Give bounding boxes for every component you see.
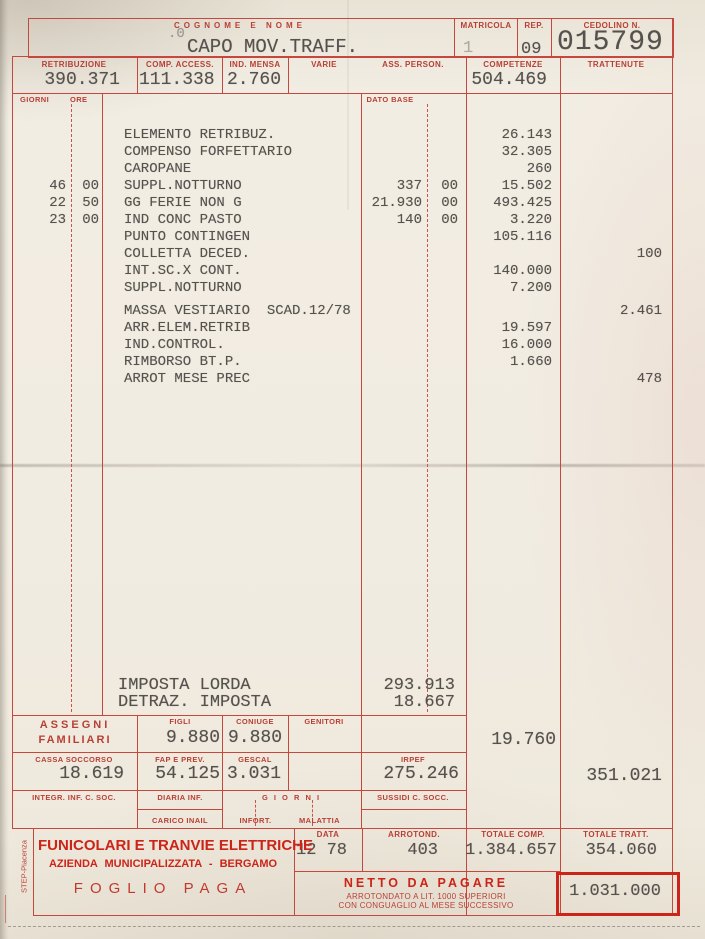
bottom-perforation-line: [8, 926, 700, 927]
bottom-grid-line: [222, 715, 223, 828]
row-description: ARR.ELEM.RETRIB: [124, 320, 250, 336]
netto-amount-value: 1.031.000: [558, 882, 672, 901]
row-competenze: 32.305: [455, 144, 552, 160]
row-competenze: 260: [455, 161, 552, 177]
irpef-value: 275.246: [345, 764, 459, 784]
row-description: RIMBORSO BT.P.: [124, 354, 242, 370]
pay-item-row: ELEMENTO RETRIBUZ. 26.143: [0, 127, 705, 144]
bottom-grid-line: [288, 715, 289, 790]
row-description: COLLETTA DECED.: [124, 246, 250, 262]
detraz-imposta-desc: DETRAZ. IMPOSTA: [118, 693, 271, 712]
row-description: ELEMENTO RETRIBUZ.: [124, 127, 275, 143]
pay-item-row: SUPPL.NOTTURNO 7.200: [0, 280, 705, 297]
ind-mensa-label: IND. MENSA: [224, 60, 286, 69]
retribuzione-label: RETRIBUZIONE: [14, 60, 134, 69]
fap-label: FAP E PREV.: [139, 755, 221, 764]
infort-label: INFORT.: [228, 816, 283, 825]
row-competenze: 15.502: [455, 178, 552, 194]
faded-typed-mark: .0: [168, 26, 185, 42]
footer-top-line: [12, 828, 672, 829]
row-competenze: 19.597: [455, 320, 552, 336]
irpef-label: IRPEF: [363, 755, 463, 764]
document-type: FOGLIO PAGA: [38, 880, 288, 897]
row-competenze: 140.000: [455, 263, 552, 279]
coniuge-value: 9.880: [228, 728, 282, 748]
row-description: PUNTO CONTINGEN: [124, 229, 250, 245]
pay-item-row: INT.SC.X CONT. 140.000: [0, 263, 705, 280]
row-giorni: 22: [14, 195, 66, 211]
figli-value: 9.880: [130, 728, 220, 748]
cognome-label: COGNOME E NOME: [130, 21, 350, 30]
row-description: GG FERIE NON G: [124, 195, 242, 211]
rep-label: REP.: [518, 21, 550, 30]
comp-access-label: COMP. ACCESS.: [139, 60, 221, 69]
pay-item-row: RIMBORSO BT.P. 1.660: [0, 354, 705, 371]
row-competenze: 493.425: [455, 195, 552, 211]
row-description: INT.SC.X CONT.: [124, 263, 242, 279]
data-cell-divider: [362, 828, 363, 871]
pay-item-row: IND.CONTROL. 16.000: [0, 337, 705, 354]
genitori-label: GENITORI: [290, 717, 358, 726]
row-trattenute: 478: [560, 371, 662, 387]
row-description: SUPPL.NOTTURNO: [124, 280, 242, 296]
company-subtitle: AZIENDA MUNICIPALIZZATA - BERGAMO: [38, 858, 288, 870]
assegni-top-line: [12, 715, 466, 716]
row-ore: 00: [70, 178, 99, 194]
printer-mark: STEP-Piacenza: [20, 819, 29, 915]
matricola-label: MATRICOLA: [456, 21, 516, 30]
row-ore: 50: [70, 195, 99, 211]
header-divider: [551, 18, 552, 56]
detraz-imposta-value: 18.667: [330, 693, 455, 712]
contrib-trattenute-value: 351.021: [560, 766, 662, 786]
cedolino-number: 015799: [557, 27, 664, 58]
assegni-competenze-value: 19.760: [460, 730, 556, 750]
competenze-value: 504.469: [455, 70, 547, 90]
competenze-label: COMPETENZE: [468, 60, 558, 69]
row-competenze: 1.660: [455, 354, 552, 370]
pay-item-row: 22 50 GG FERIE NON G 21.930 00 493.425: [0, 195, 705, 212]
figli-label: FIGLI: [139, 717, 221, 726]
assegni-title-1: ASSEGNI: [20, 719, 130, 731]
dato-base-label: DATO BASE: [355, 95, 425, 104]
row-competenze: 7.200: [455, 280, 552, 296]
summary-divider: [222, 56, 223, 93]
summary-divider: [137, 56, 138, 93]
totale-comp-value: 1.384.657: [463, 841, 557, 860]
row-trattenute: 100: [560, 246, 662, 262]
row-description: IND CONC PASTO: [124, 212, 242, 228]
pay-item-row: ARR.ELEM.RETRIB 19.597: [0, 320, 705, 337]
pay-item-row: PUNTO CONTINGEN 105.116: [0, 229, 705, 246]
ind-mensa-value: 2.760: [227, 70, 281, 90]
row-competenze: 3.220: [455, 212, 552, 228]
row-competenze: 105.116: [455, 229, 552, 245]
row-description: MASSA VESTIARIO SCAD.12/78: [124, 303, 351, 319]
netto-note-2: CON CONGUAGLIO AL MESE SUCCESSIVO: [300, 901, 552, 910]
trattenute-label: TRATTENUTE: [562, 60, 670, 69]
comp-access-value: 111.338: [139, 70, 215, 90]
summary-divider: [288, 56, 289, 93]
giorni-span-label: G I O R N I: [224, 793, 359, 802]
row-description: COMPENSO FORFETTARIO: [124, 144, 292, 160]
header-divider: [454, 18, 455, 56]
arrotond-label: ARROTOND.: [364, 830, 464, 839]
malattia-label: MALATTIA: [292, 816, 347, 825]
diaria-mid-line: [137, 809, 222, 810]
netto-box-top-line: [294, 871, 560, 872]
ass-person-label: ASS. PERSON.: [363, 60, 463, 69]
row-competenze: 26.143: [455, 127, 552, 143]
pay-item-row: MASSA VESTIARIO SCAD.12/78 2.461: [0, 303, 705, 320]
pay-item-row: COLLETTA DECED. 100: [0, 246, 705, 263]
pay-item-row: 23 00 IND CONC PASTO 140 00 3.220: [0, 212, 705, 229]
payslip-document: COGNOME E NOME MATRICOLA REP. CEDOLINO N…: [0, 0, 705, 939]
row-description: SUPPL.NOTTURNO: [124, 178, 242, 194]
varie-label: VARIE: [290, 60, 358, 69]
totale-tratt-value: 354.060: [563, 841, 657, 860]
assegni-title-2: FAMILIARI: [20, 734, 130, 746]
row-trattenute: 2.461: [560, 303, 662, 319]
sussidi-mid-line: [361, 809, 466, 810]
totale-tratt-label: TOTALE TRATT.: [562, 830, 670, 839]
horizontal-fold-crease: [0, 464, 705, 467]
row-ore: 00: [70, 212, 99, 228]
cassa-value: 18.619: [30, 764, 124, 784]
gescal-label: GESCAL: [224, 755, 286, 764]
row-dato-base: 337: [310, 178, 422, 194]
row-description: CAROPANE: [124, 161, 191, 177]
row-dato-base: 140: [310, 212, 422, 228]
company-name: FUNICOLARI E TRANVIE ELETTRICHE: [38, 837, 288, 854]
employee-role: CAPO MOV.TRAFF.: [187, 36, 358, 58]
carico-inail-label: CARICO INAIL: [139, 816, 221, 825]
assegni-bottom-line: [12, 752, 466, 753]
giorni-label: GIORNI: [20, 95, 49, 104]
row-giorni: 46: [14, 178, 66, 194]
pay-item-row: COMPENSO FORFETTARIO 32.305: [0, 144, 705, 161]
row-competenze: 16.000: [455, 337, 552, 353]
totale-comp-label: TOTALE COMP.: [468, 830, 558, 839]
row-giorni: 23: [14, 212, 66, 228]
row-dato-base: 21.930: [310, 195, 422, 211]
integr-label: INTEGR. INF. C. SOC.: [14, 793, 134, 802]
pay-item-row: CAROPANE 260: [0, 161, 705, 178]
gescal-value: 3.031: [227, 764, 281, 784]
arrotond-value: 403: [370, 841, 438, 860]
cassa-label: CASSA SOCCORSO: [14, 755, 134, 764]
company-box-left-border: [33, 828, 34, 915]
retribuzione-value: 390.371: [14, 70, 120, 90]
contrib-bottom-line: [12, 790, 466, 791]
row-description: IND.CONTROL.: [124, 337, 225, 353]
fap-value: 54.125: [130, 764, 220, 784]
adjacent-sheet-mark: [5, 895, 6, 923]
summary-bottom-line: [12, 93, 672, 94]
diaria-label: DIARIA INF.: [139, 793, 221, 802]
coniuge-label: CONIUGE: [224, 717, 286, 726]
row-description: ARROT MESE PREC: [124, 371, 250, 387]
pay-item-row: 46 00 SUPPL.NOTTURNO 337 00 15.502: [0, 178, 705, 195]
sussidi-label: SUSSIDI C. SOCC.: [363, 793, 463, 802]
netto-label: NETTO DA PAGARE: [300, 876, 552, 890]
summary-top-line: [12, 56, 672, 57]
netto-note-1: ARROTONDATO A LIT. 1000 SUPERIORI: [300, 892, 552, 901]
pay-item-row: ARROT MESE PREC 478: [0, 371, 705, 388]
ore-label: ORE: [70, 95, 87, 104]
